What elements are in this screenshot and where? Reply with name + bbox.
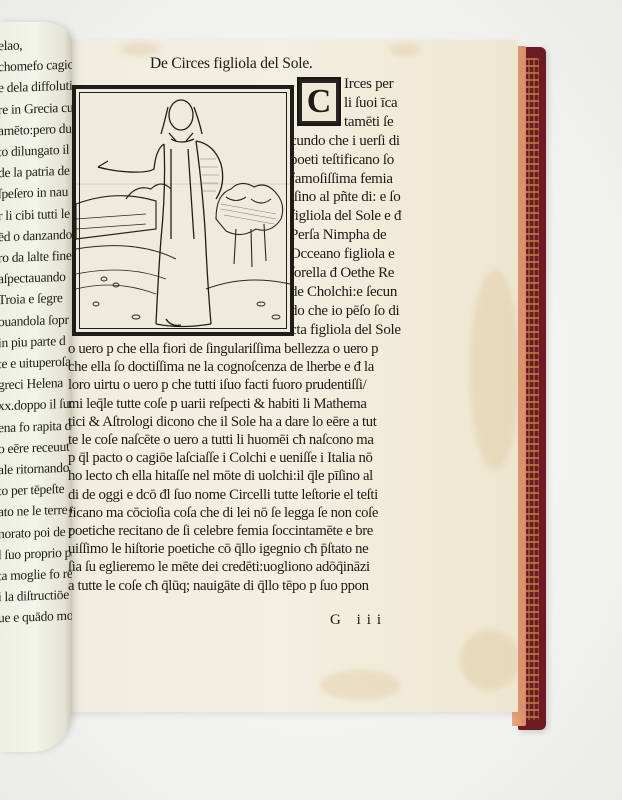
left-line: ta moglie fo recet — [0, 563, 72, 587]
left-page-curled: elao, chomefo cagio e dela diffolutio re… — [0, 22, 72, 752]
side-line: li ſuoi īca — [290, 94, 418, 113]
left-line: re in Grecia cu — [0, 96, 72, 120]
body-line: uiſſimo le hiſtorie poetiche cō q̄llo ig… — [68, 540, 418, 558]
side-line: iſino al pñte di: e ſo — [290, 188, 418, 207]
side-line: cta figliola del Sole — [290, 321, 418, 340]
body-line: che ella ſo doctiſſima ne la cognoſcenza… — [68, 358, 418, 376]
left-line: Troia e ſegre — [0, 287, 72, 311]
side-line: ſorella đ Oethe Re — [290, 264, 418, 283]
side-line: Irces per — [290, 75, 418, 94]
left-line: l ſuo proprio pa — [0, 542, 72, 566]
body-line: mi leq̄le tutte coſe p uarii reſpecti & … — [68, 395, 418, 413]
left-line: amēto:pero dun — [0, 118, 72, 142]
left-line: r li cibi tutti le — [0, 202, 72, 226]
signature-mark: G iii — [330, 612, 387, 629]
left-line: ro da lalte fine — [0, 245, 72, 269]
side-line: tamēti ſe — [290, 113, 418, 132]
left-line: norato poi de q — [0, 520, 72, 544]
left-line: ēd o danzando — [0, 224, 72, 248]
body-line: di de oggi e dcō đl ſuo nome Circelli tu… — [68, 486, 418, 504]
side-line: famoſiſſima femia — [290, 170, 418, 189]
left-line: in piu parte d — [0, 330, 72, 354]
side-line: do che io pēſo ſo di — [290, 302, 418, 321]
left-line: o eēre receuut — [0, 436, 72, 460]
side-line: poeti teſtificano ſo — [290, 151, 418, 170]
gilt-tooling — [525, 58, 539, 720]
left-line: to dilungato il — [0, 139, 72, 163]
left-line: te e uituperoſa — [0, 351, 72, 375]
left-line: e dela diffolutio — [0, 75, 72, 99]
left-line: ouandola ſopr — [0, 308, 72, 332]
body-text: o uero p che ella fiori de ſingulariſſim… — [68, 340, 418, 595]
body-line: o uero p che ella fiori de ſingulariſſim… — [68, 340, 418, 358]
side-line: cundo che i uerſi di — [290, 132, 418, 151]
body-line: te le coſe naſcēte o uero a tutti li huo… — [68, 431, 418, 449]
body-line: a tutte le coſe cħ q̄lūq; nauigāte di q̄… — [68, 577, 418, 595]
side-line: Occeano figliola e — [290, 245, 418, 264]
body-line: loro uirtu o uero p che tutti iſuo facti… — [68, 376, 418, 394]
side-column-text: Irces per li ſuoi īca tamēti ſe cundo ch… — [290, 75, 418, 340]
left-line: ale ritornando — [0, 457, 72, 481]
body-line: p q̄l pacto o cagiōe laſciaſſe i Colchi … — [68, 449, 418, 467]
running-head: De Circes figliola del Sole. — [150, 55, 390, 73]
left-line: ena fo rapita dop — [0, 414, 72, 438]
left-line: xx.doppo il ſuo — [0, 393, 72, 417]
left-line: ſpeſero in nau — [0, 181, 72, 205]
side-line: figliola del Sole e đ — [290, 207, 418, 226]
body-line: poetiche recitano de ſi celebre femia ſo… — [68, 522, 418, 540]
side-line: Perſa Nimpha de — [290, 226, 418, 245]
circe-figure-icon — [76, 89, 290, 332]
body-line: ho lecto cħ ella hitaſſe nel mōte di uol… — [68, 467, 418, 485]
left-line: ato ne le terre d — [0, 499, 72, 523]
body-line: tici & Aſtrologi dicono che il Sole ha a… — [68, 413, 418, 431]
left-line: ue e quādo mor — [0, 605, 72, 629]
body-line: ſia ſu eglieremo le mēte dei credēti:uog… — [68, 558, 418, 576]
left-page-text: elao, chomefo cagio e dela diffolutio re… — [0, 34, 72, 628]
left-line: elao, — [0, 33, 72, 57]
woodcut-illustration — [72, 85, 294, 336]
side-line: de Cholchi:e ſecun — [290, 283, 418, 302]
body-line: ficano ma cōcioſia coſa che di lei nō ſe… — [68, 504, 418, 522]
